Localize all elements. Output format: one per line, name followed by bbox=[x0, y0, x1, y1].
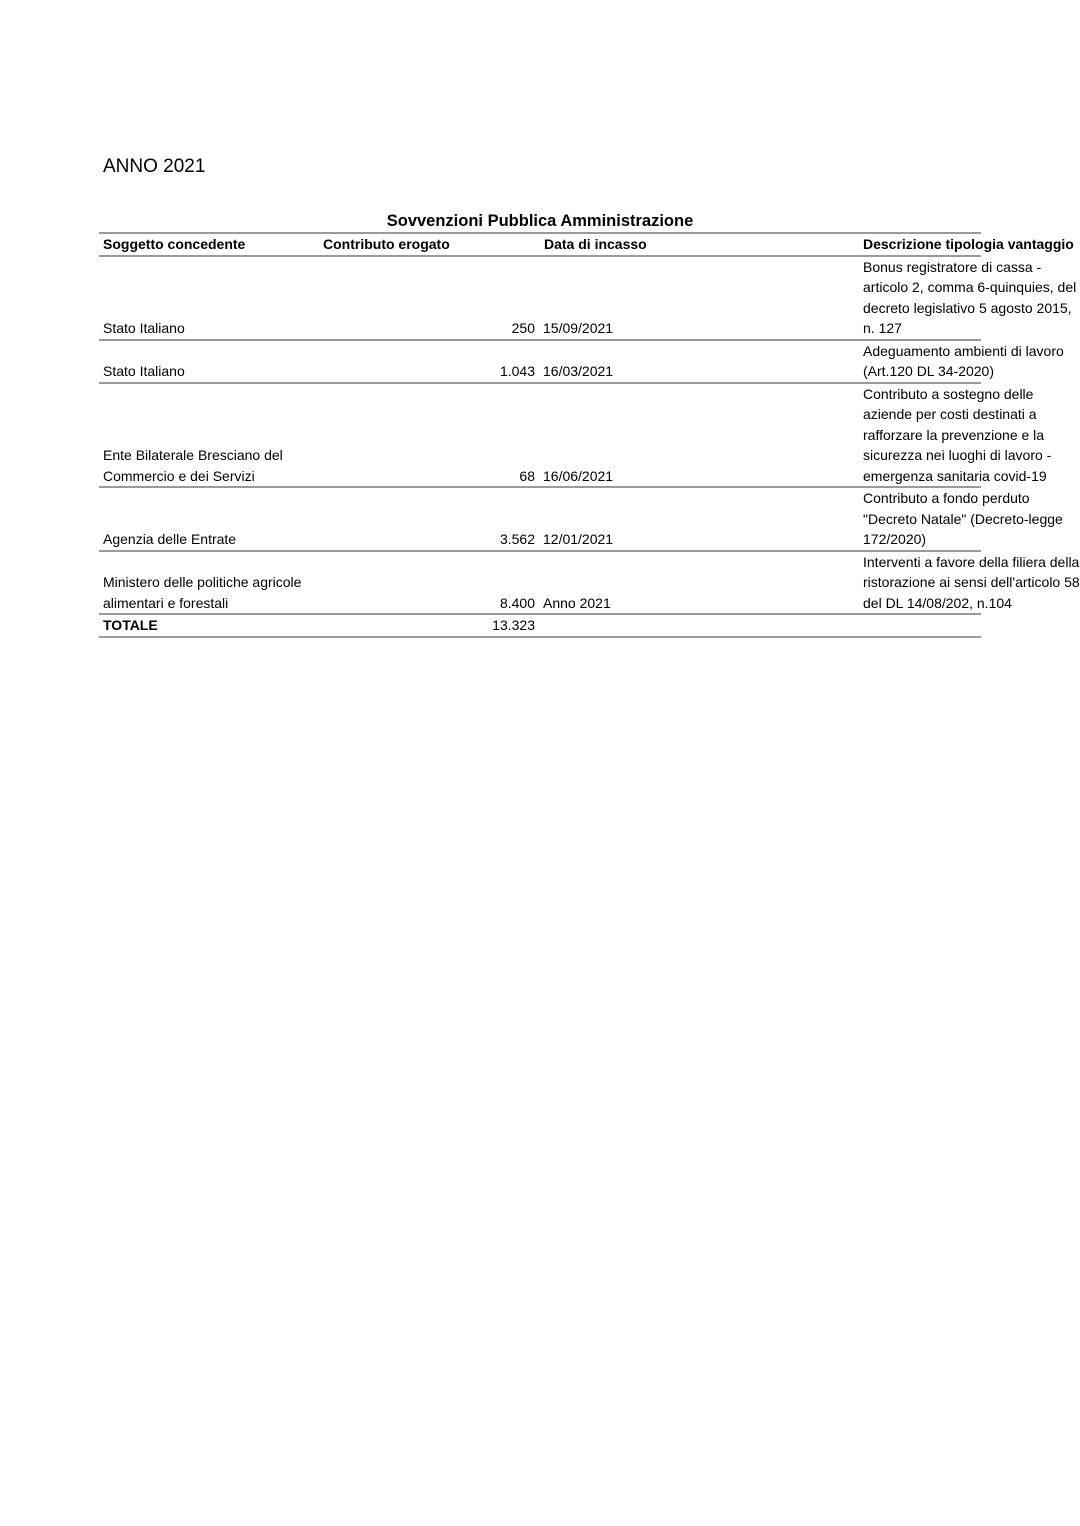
cell-data: 16/03/2021 bbox=[539, 340, 760, 383]
table-row: Ente Bilaterale Bresciano del Commercio … bbox=[99, 383, 981, 488]
descrizione-text: Interventi a favore della filiera della … bbox=[863, 552, 1080, 614]
subsidies-table-section: Sovvenzioni Pubblica Amministrazione Sog… bbox=[99, 208, 981, 638]
cell-contributo: 8.400 bbox=[319, 551, 539, 615]
cell-contributo: 1.043 bbox=[319, 340, 539, 383]
table-row: Stato Italiano1.04316/03/2021Adeguamento… bbox=[99, 340, 981, 383]
cell-descrizione: Bonus registratore di cassa - articolo 2… bbox=[760, 256, 981, 340]
cell-contributo: 68 bbox=[319, 383, 539, 488]
table-row: Stato Italiano25015/09/2021Bonus registr… bbox=[99, 256, 981, 340]
descrizione-text: Adeguamento ambienti di lavoro (Art.120 … bbox=[863, 341, 1080, 382]
column-header-descrizione: Descrizione tipologia vantaggio bbox=[760, 233, 981, 256]
cell-descrizione: Contributo a fondo perduto "Decreto Nata… bbox=[760, 487, 981, 551]
cell-soggetto: Stato Italiano bbox=[99, 256, 319, 340]
total-value: 13.323 bbox=[319, 614, 539, 637]
cell-data: 15/09/2021 bbox=[539, 256, 760, 340]
total-label: TOTALE bbox=[99, 614, 319, 637]
descrizione-text: Contributo a sostegno delle aziende per … bbox=[863, 384, 1080, 487]
table-header-row: Soggetto concedente Contributo erogato D… bbox=[99, 233, 981, 256]
table-title: Sovvenzioni Pubblica Amministrazione bbox=[99, 208, 981, 232]
cell-data: 12/01/2021 bbox=[539, 487, 760, 551]
cell-contributo: 3.562 bbox=[319, 487, 539, 551]
cell-descrizione: Adeguamento ambienti di lavoro (Art.120 … bbox=[760, 340, 981, 383]
cell-contributo: 250 bbox=[319, 256, 539, 340]
year-heading: ANNO 2021 bbox=[103, 156, 205, 178]
column-header-data: Data di incasso bbox=[539, 233, 760, 256]
cell-soggetto: Stato Italiano bbox=[99, 340, 319, 383]
table-row: Agenzia delle Entrate3.56212/01/2021Cont… bbox=[99, 487, 981, 551]
cell-descrizione: Contributo a sostegno delle aziende per … bbox=[760, 383, 981, 488]
total-row: TOTALE13.323 bbox=[99, 614, 981, 637]
total-empty-cell bbox=[760, 614, 981, 637]
total-empty-cell bbox=[539, 614, 760, 637]
cell-soggetto: Ministero delle politiche agricole alime… bbox=[99, 551, 319, 615]
cell-soggetto: Ente Bilaterale Bresciano del Commercio … bbox=[99, 383, 319, 488]
cell-data: 16/06/2021 bbox=[539, 383, 760, 488]
cell-soggetto: Agenzia delle Entrate bbox=[99, 487, 319, 551]
column-header-soggetto: Soggetto concedente bbox=[99, 233, 319, 256]
column-header-contributo: Contributo erogato bbox=[319, 233, 539, 256]
descrizione-text: Contributo a fondo perduto "Decreto Nata… bbox=[863, 488, 1080, 550]
subsidies-table: Soggetto concedente Contributo erogato D… bbox=[99, 232, 981, 638]
cell-descrizione: Interventi a favore della filiera della … bbox=[760, 551, 981, 615]
cell-data: Anno 2021 bbox=[539, 551, 760, 615]
descrizione-text: Bonus registratore di cassa - articolo 2… bbox=[863, 257, 1080, 339]
table-row: Ministero delle politiche agricole alime… bbox=[99, 551, 981, 615]
